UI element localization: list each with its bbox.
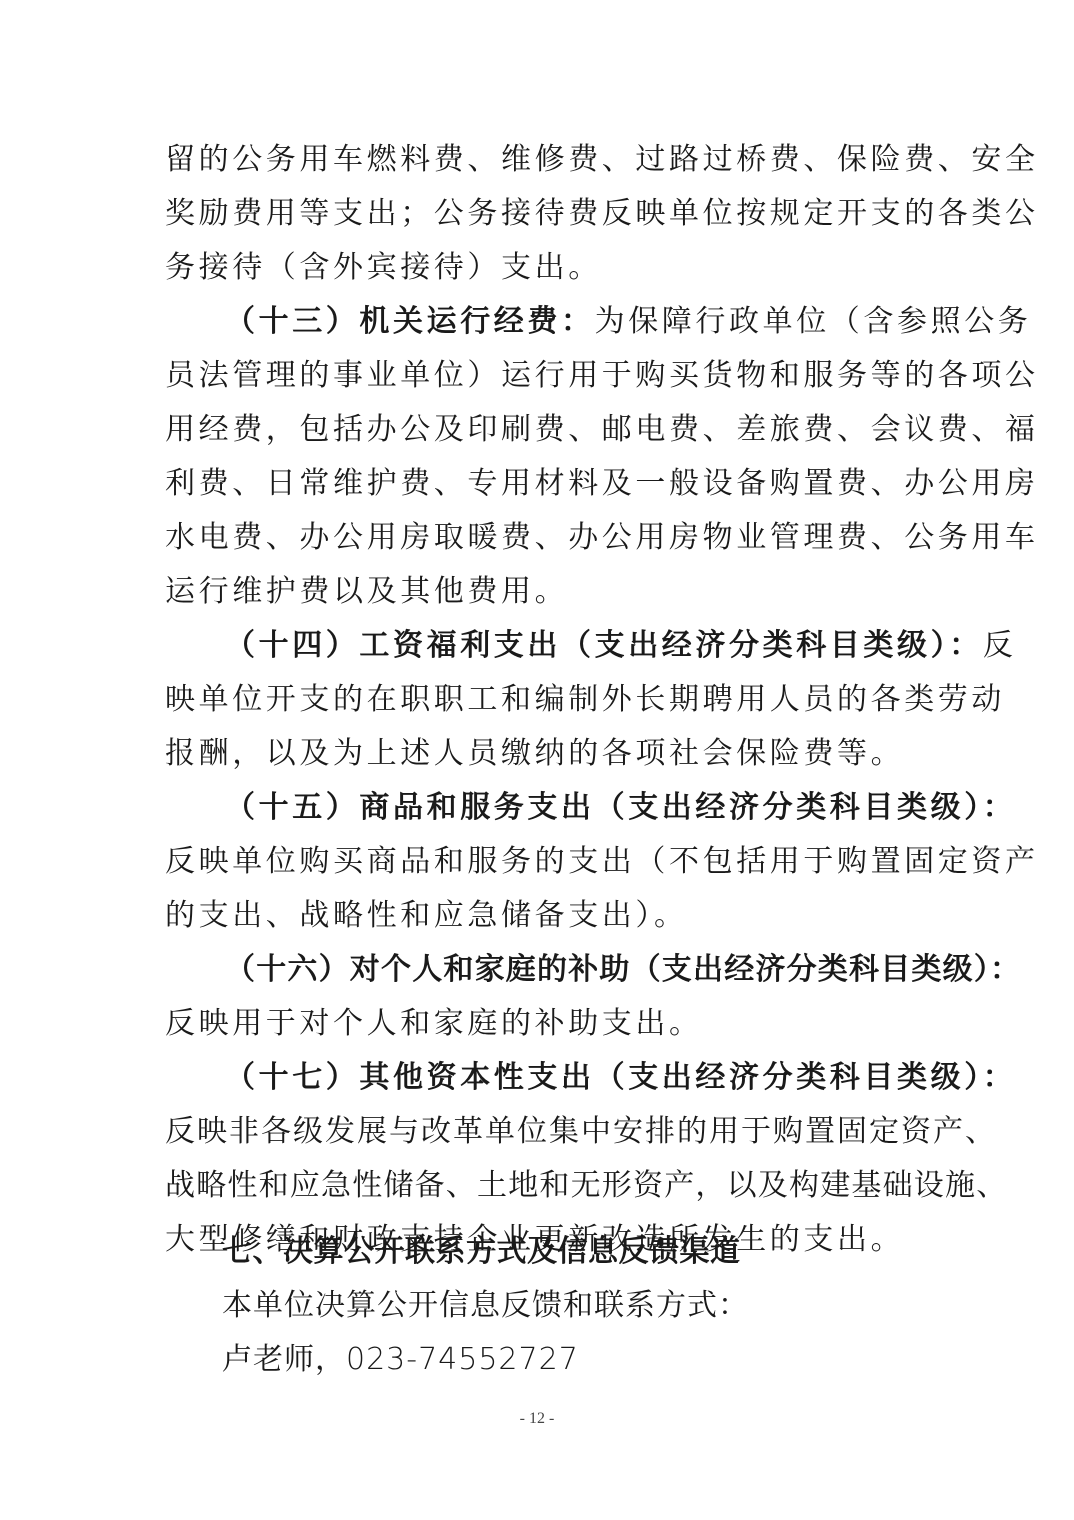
text-line: 报酬，以及为上述人员缴纳的各项社会保险费等。 bbox=[165, 734, 925, 774]
term-label: （十六）对个人和家庭的补助（支出经济分类科目类级）： bbox=[225, 952, 1021, 987]
text-line: 反映用于对个人和家庭的补助支出。 bbox=[165, 1004, 925, 1044]
definition-13-first-line: （十三）机关运行经费：为保障行政单位（含参照公务 bbox=[225, 302, 925, 342]
text-line: 的支出、战略性和应急储备支出）。 bbox=[165, 896, 925, 936]
definition-14-first-line: （十四）工资福利支出（支出经济分类科目类级）：反 bbox=[225, 626, 925, 666]
page-number: - 12 - bbox=[0, 1410, 1074, 1428]
text-line: 留的公务用车燃料费、维修费、过路过桥费、保险费、安全 bbox=[165, 140, 925, 180]
section-heading: 七、决算公开联系方式及信息反馈渠道 bbox=[222, 1232, 741, 1272]
term-definition: 为保障行政单位（含参照公务 bbox=[595, 304, 1032, 339]
text-line: 奖励费用等支出；公务接待费反映单位按规定开支的各类公 bbox=[165, 194, 925, 234]
definition-15-first-line: （十五）商品和服务支出（支出经济分类科目类级）： bbox=[225, 788, 925, 828]
definition-17-first-line: （十七）其他资本性支出（支出经济分类科目类级）： bbox=[225, 1058, 925, 1098]
contact-intro: 本单位决算公开信息反馈和联系方式： bbox=[222, 1286, 749, 1326]
term-label: （十五）商品和服务支出（支出经济分类科目类级）： bbox=[225, 790, 1016, 825]
text-line: 务接待（含外宾接待）支出。 bbox=[165, 248, 925, 288]
term-label: （十四）工资福利支出（支出经济分类科目类级）： bbox=[225, 628, 983, 663]
text-line: 反映单位购买商品和服务的支出（不包括用于购置固定资产 bbox=[165, 842, 925, 882]
document-page: 留的公务用车燃料费、维修费、过路过桥费、保险费、安全 奖励费用等支出；公务接待费… bbox=[0, 0, 1074, 1520]
text-line: 员法管理的事业单位）运行用于购买货物和服务等的各项公 bbox=[165, 356, 925, 396]
text-line: 利费、日常维护费、专用材料及一般设备购置费、办公用房 bbox=[165, 464, 925, 504]
definition-16-first-line: （十六）对个人和家庭的补助（支出经济分类科目类级）： bbox=[225, 950, 935, 990]
text-line: 映单位开支的在职职工和编制外长期聘用人员的各类劳动 bbox=[165, 680, 925, 720]
text-line: 水电费、办公用房取暖费、办公用房物业管理费、公务用车 bbox=[165, 518, 925, 558]
text-line: 用经费，包括办公及印刷费、邮电费、差旅费、会议费、福 bbox=[165, 410, 925, 450]
term-label: （十三）机关运行经费： bbox=[225, 304, 595, 339]
term-label: （十七）其他资本性支出（支出经济分类科目类级）： bbox=[225, 1060, 1016, 1095]
text-line: 反映非各级发展与改革单位集中安排的用于购置固定资产、 bbox=[165, 1112, 925, 1152]
text-line: 运行维护费以及其他费用。 bbox=[165, 572, 925, 612]
term-definition: 反 bbox=[983, 628, 1017, 663]
contact-info: 卢老师，023-74552727 bbox=[222, 1340, 579, 1380]
text-line: 战略性和应急性储备、土地和无形资产，以及构建基础设施、 bbox=[165, 1166, 925, 1206]
